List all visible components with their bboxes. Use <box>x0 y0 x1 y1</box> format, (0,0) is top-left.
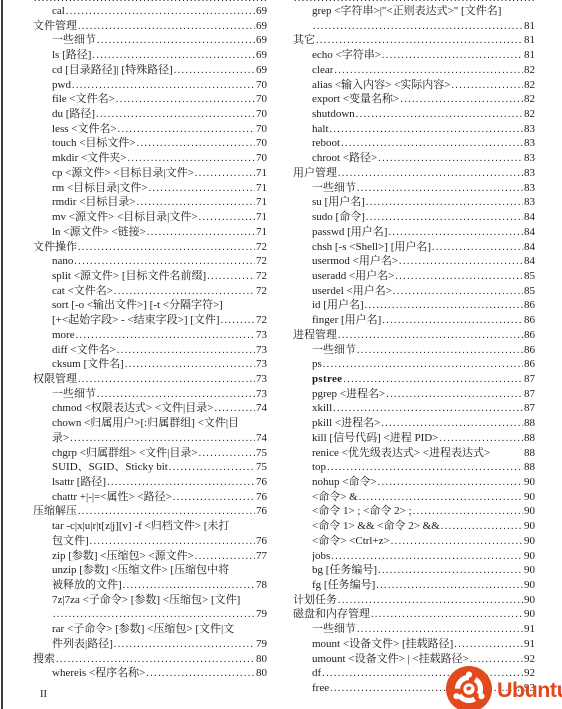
toc-entry-row: cksum [文件名]73 <box>33 357 267 372</box>
toc-entry-label: pkill <进程名> <box>312 416 380 431</box>
toc-entry-label: finger [用户名] <box>312 313 381 328</box>
toc-entry-row: su [用户名]83 <box>293 195 535 210</box>
toc-page-number: 90 <box>523 549 535 564</box>
toc-entry-label: pwd <box>52 78 71 93</box>
toc-page-number: 69 <box>255 19 267 34</box>
toc-entry-label: rar <子命令> [参数] <压缩包> [文件|文 <box>52 622 267 637</box>
toc-page-number: 84 <box>523 254 535 269</box>
toc-entry-row: <命令> <Ctrl+z>90 <box>293 534 535 549</box>
toc-entry-row: 一些细节73 <box>33 387 267 402</box>
toc-page-number: 88 <box>523 431 535 446</box>
toc-page-number: 90 <box>523 504 535 519</box>
toc-page-number: 84 <box>523 210 535 225</box>
toc-page-number: 88 <box>523 460 535 475</box>
toc-entry-row: <命令 1> && <命令 2> &&90 <box>293 519 535 534</box>
toc-entry-label: unzip [参数] <压缩文件> [压缩包中将 <box>52 563 267 578</box>
toc-section-row: 进程管理86 <box>293 328 535 343</box>
toc-entry-label: useradd <用户名> <box>312 269 394 284</box>
toc-entry-label: halt <box>312 122 329 137</box>
toc-page-number: 75 <box>255 460 267 475</box>
toc-entry-label: export <变量名称> <box>312 92 399 107</box>
toc-page-number: 70 <box>255 78 267 93</box>
toc-entry-row: zip [参数] <压缩包> <源文件>77 <box>33 549 267 564</box>
toc-page-number: 79 <box>255 637 267 652</box>
toc-entry-row: renice <优先级表达式> <进程表达式>88 <box>293 446 535 461</box>
dot-leader <box>412 504 523 520</box>
toc-entry-row: less <文件名>70 <box>33 122 267 137</box>
toc-page-number: 73 <box>255 372 267 387</box>
toc-page-number: 74 <box>255 401 267 416</box>
toc-entry-row: chown <归属用户>[:归属群组] <文件|目 <box>33 416 267 431</box>
toc-page-number: 75 <box>255 446 267 461</box>
toc-page-number: 90 <box>523 534 535 549</box>
toc-entry-label: split <源文件> [目标文件名前缀] <box>52 269 206 284</box>
dot-leader <box>168 460 255 476</box>
toc-entry-label: whereis <程序名称> <box>52 666 145 681</box>
toc-entry-row: chsh [-s <Shell>] [用户名]84 <box>293 240 535 255</box>
toc-entry-label: fg [任务编号] <box>312 578 375 593</box>
toc-page-number: 82 <box>523 78 535 93</box>
dot-leader <box>342 372 523 388</box>
dot-leader <box>398 254 523 270</box>
toc-entry-label: chgrp <归属群组> <文件|目录> <box>52 446 198 461</box>
dot-leader <box>198 210 255 226</box>
toc-page-number: 90 <box>523 607 535 622</box>
toc-section-label: 计划任务 <box>293 593 337 608</box>
toc-entry-row: 一些细节86 <box>293 343 535 358</box>
toc-page: cal69文件管理69一些细节69ls [路径]69cd [目录路径]| [特殊… <box>0 0 562 709</box>
toc-entry-row: echo <字符串>81 <box>293 48 535 63</box>
dot-leader <box>206 269 255 285</box>
toc-entry-label: cal <box>52 4 65 19</box>
toc-entry-label: 一些细节 <box>52 387 96 402</box>
toc-entry-label: rmdir <目标目录> <box>52 195 136 210</box>
toc-entry-label: 7z|7za <子命令> [参数] <压缩包> [文件] <box>52 593 267 608</box>
toc-page-number: 74 <box>255 431 267 446</box>
toc-entry-row: 一些细节91 <box>293 622 535 637</box>
toc-entry-label: 一些细节 <box>312 181 356 196</box>
toc-entry-label: 一些细节 <box>312 343 356 358</box>
dot-leader <box>91 48 255 64</box>
toc-column-right: grep <字符串>|"<正则表达式>" [文件名]81其它81echo <字符… <box>293 0 535 696</box>
toc-entry-row: alias <输入内容> <实际内容>82 <box>293 78 535 93</box>
toc-entry-row: rmdir <目标目录>71 <box>33 195 267 210</box>
toc-entry-row: pstree87 <box>293 372 535 387</box>
dot-leader <box>145 666 255 682</box>
toc-entry-row: touch <目标文件>70 <box>33 136 267 151</box>
dot-leader <box>469 652 523 668</box>
toc-page-number: 86 <box>523 328 535 343</box>
toc-entry-label: zip [参数] <压缩包> <源文件> <box>52 549 194 564</box>
toc-entry-label: 录> <box>52 431 69 446</box>
toc-entry-row: 录>74 <box>33 431 267 446</box>
dot-leader <box>453 637 523 653</box>
toc-entry-row: 81 <box>293 19 535 34</box>
dot-leader <box>381 313 523 329</box>
dot-leader <box>450 78 523 94</box>
toc-entry-label: nano <box>52 254 73 269</box>
toc-page-number: 76 <box>255 504 267 519</box>
toc-page-number: 71 <box>255 210 267 225</box>
dot-leader <box>77 240 255 256</box>
toc-entry-row: pwd70 <box>33 78 267 93</box>
toc-entry-row: 件列表|路径]79 <box>33 637 267 652</box>
toc-page-number: 83 <box>523 166 535 181</box>
toc-entry-row: kill [信号代码] <进程 PID>88 <box>293 431 535 446</box>
toc-entry-label: chsh [-s <Shell>] [用户名] <box>312 240 431 255</box>
toc-section-label: 搜索 <box>33 652 55 667</box>
dot-leader <box>198 446 255 462</box>
toc-entry-label: jobs <box>312 549 330 564</box>
dot-leader <box>312 19 523 35</box>
toc-entry-row: unzip [参数] <压缩文件> [压缩包中将 <box>33 563 267 578</box>
toc-entry-label: free <box>312 681 329 696</box>
dot-leader <box>356 622 523 638</box>
toc-entry-label: umount <设备文件> | <挂载路径> <box>312 652 469 667</box>
toc-page-number: 73 <box>255 343 267 358</box>
toc-section-row: 压缩解压76 <box>33 504 267 519</box>
toc-page-number: 86 <box>523 298 535 313</box>
dot-leader <box>390 534 523 550</box>
dot-leader <box>96 387 255 403</box>
toc-entry-row: id [用户名]86 <box>293 298 535 313</box>
ubuntukylin-emblem-icon <box>446 666 492 709</box>
toc-entry-row: file <文件名>70 <box>33 92 267 107</box>
dot-leader <box>387 225 523 241</box>
dot-leader <box>113 637 255 653</box>
dot-leader <box>337 328 523 344</box>
dot-leader <box>326 460 523 476</box>
toc-page-number: 90 <box>523 578 535 593</box>
toc-entry-label: su [用户名] <box>312 195 365 210</box>
toc-page-number: 70 <box>255 136 267 151</box>
toc-page-number: 83 <box>523 181 535 196</box>
toc-entry-label: alias <输入内容> <实际内容> <box>312 78 450 93</box>
toc-entry-row: userdel <用户名>85 <box>293 284 535 299</box>
ubuntukylin-wordmark: UbuntuKylin <box>497 678 562 703</box>
dot-leader <box>115 92 255 108</box>
toc-entry-label: ls [路径] <box>52 48 91 63</box>
toc-entry-row: sort [-o <输出文件>] [-t <分隔字符>] <box>33 298 267 313</box>
toc-entry-label: echo <字符串> <box>312 48 381 63</box>
toc-entry-label: sort [-o <输出文件>] [-t <分隔字符>] <box>52 298 267 313</box>
dot-leader <box>52 607 255 623</box>
dot-leader <box>394 269 523 285</box>
dot-leader <box>365 195 523 211</box>
dot-leader <box>370 607 523 623</box>
toc-section-row: 计划任务90 <box>293 593 535 608</box>
dot-leader <box>194 549 255 565</box>
dot-leader <box>113 284 255 300</box>
toc-entry-label: du [路径] <box>52 107 95 122</box>
dot-leader <box>377 475 523 491</box>
toc-page-number: 83 <box>523 151 535 166</box>
toc-entry-label: nohup <命令> <box>312 475 377 490</box>
dot-leader <box>337 593 523 609</box>
toc-entry-row: fg [任务编号]90 <box>293 578 535 593</box>
toc-entry-label: cksum [文件名] <box>52 357 124 372</box>
dot-leader <box>126 151 255 167</box>
toc-page-number: 71 <box>255 181 267 196</box>
toc-entry-label: <命令> <Ctrl+z> <box>312 534 390 549</box>
dot-leader <box>329 122 524 138</box>
toc-entry-label: cd [目录路径]| [特殊路径] <box>52 63 173 78</box>
toc-page-number: 83 <box>523 136 535 151</box>
toc-entry-row: chgrp <归属群组> <文件|目录>75 <box>33 446 267 461</box>
dot-leader <box>340 136 523 152</box>
toc-entry-row: [+<起始字段> - <结束字段>] [文件]72 <box>33 313 267 328</box>
dot-leader <box>356 343 523 359</box>
dot-leader <box>431 240 523 256</box>
toc-entry-row: diff <文件名>73 <box>33 343 267 358</box>
toc-page-number: 76 <box>255 490 267 505</box>
toc-section-row: 文件管理69 <box>33 19 267 34</box>
toc-entry-row: chmod <权限表达式> <文件|目录>74 <box>33 401 267 416</box>
toc-page-number: 76 <box>255 475 267 490</box>
dot-leader <box>55 652 255 668</box>
toc-page-number: 90 <box>523 475 535 490</box>
toc-page-number: 73 <box>255 357 267 372</box>
toc-entry-row: usermod <用户名>84 <box>293 254 535 269</box>
toc-entry-row: nano72 <box>33 254 267 269</box>
toc-entry-row: export <变量名称>82 <box>293 92 535 107</box>
toc-page-number: 70 <box>255 107 267 122</box>
toc-section-label: 磁盘和内存管理 <box>293 607 370 622</box>
ubuntukylin-logo: UbuntuKylin <box>446 666 562 709</box>
toc-page-number: 82 <box>523 63 535 78</box>
toc-entry-label: chroot <路径> <box>312 151 377 166</box>
toc-entry-row: <命令 1> ; <命令 2> ;90 <box>293 504 535 519</box>
toc-page-number: 92 <box>523 652 535 667</box>
toc-page-number: 83 <box>523 195 535 210</box>
toc-entry-label: cp <源文件> <目标目录|文件> <box>52 166 194 181</box>
dot-leader <box>330 549 523 565</box>
toc-entry-label: reboot <box>312 136 340 151</box>
toc-page-number: 86 <box>523 357 535 372</box>
toc-section-row: 其它81 <box>293 33 535 48</box>
toc-entry-row: cal69 <box>33 4 267 19</box>
toc-entry-row: sudo [命令]84 <box>293 210 535 225</box>
toc-entry-label: renice <优先级表达式> <进程表达式> <box>312 446 490 461</box>
toc-entry-label: ps <box>312 357 322 372</box>
dot-leader <box>89 534 255 550</box>
toc-entry-row: cp <源文件> <目标目录|文件>71 <box>33 166 267 181</box>
toc-page-number: 76 <box>255 534 267 549</box>
dot-leader <box>355 107 523 123</box>
dot-leader <box>220 313 255 329</box>
toc-section-row: 用户管理83 <box>293 166 535 181</box>
toc-entry-label: id [用户名] <box>312 298 364 313</box>
toc-entry-label: passwd [用户名] <box>312 225 387 240</box>
toc-page-number: 72 <box>255 284 267 299</box>
dot-leader <box>364 298 523 314</box>
toc-page-number: 90 <box>523 593 535 608</box>
dot-leader <box>440 519 523 535</box>
toc-page-number: 84 <box>523 225 535 240</box>
toc-entry-label: [+<起始字段> - <结束字段>] [文件] <box>52 313 220 328</box>
toc-entry-label: userdel <用户名> <box>312 284 392 299</box>
toc-page-number: 85 <box>523 284 535 299</box>
dot-leader <box>365 210 523 226</box>
toc-entry-label: more <box>52 328 75 343</box>
toc-entry-label: df <box>312 666 321 681</box>
dot-leader <box>117 122 255 138</box>
toc-page-number: 90 <box>523 490 535 505</box>
toc-page-number: 82 <box>523 92 535 107</box>
dot-leader <box>333 63 523 79</box>
toc-entry-row: chattr +|-|=<属性> <路径>76 <box>33 490 267 505</box>
toc-entry-label: cat <文件名> <box>52 284 113 299</box>
toc-section-row: 搜索80 <box>33 652 267 667</box>
toc-entry-label: 被释放的文件] <box>52 578 122 593</box>
toc-section-label: 文件管理 <box>33 19 77 34</box>
toc-entry-label: 一些细节 <box>52 33 96 48</box>
toc-page-number: 87 <box>523 387 535 402</box>
toc-entry-label: bg [任务编号] <box>312 563 377 578</box>
toc-entry-label: rm <目标目录|文件> <box>52 181 148 196</box>
dot-leader <box>356 181 523 197</box>
toc-entry-label: 一些细节 <box>312 622 356 637</box>
dot-leader <box>116 343 255 359</box>
dot-leader <box>399 92 523 108</box>
dot-leader <box>77 372 255 388</box>
toc-entry-row: whereis <程序名称>80 <box>33 666 267 681</box>
dot-leader <box>377 151 523 167</box>
toc-entry-label: file <文件名> <box>52 92 115 107</box>
toc-entry-label: 包文件] <box>52 534 89 549</box>
dot-leader <box>385 387 523 403</box>
toc-page-number: 88 <box>523 416 535 431</box>
toc-entry-label: xkill <box>312 401 332 416</box>
toc-entry-label: touch <目标文件> <box>52 136 136 151</box>
toc-entry-row: reboot83 <box>293 136 535 151</box>
toc-entry-row: bg [任务编号]90 <box>293 563 535 578</box>
toc-entry-row: 包文件]76 <box>33 534 267 549</box>
toc-entry-row: pgrep <进程名>87 <box>293 387 535 402</box>
toc-entry-label: <命令 1> ; <命令 2> ; <box>312 504 412 519</box>
toc-entry-label: less <文件名> <box>52 122 117 137</box>
dot-leader <box>148 181 255 197</box>
toc-page-number: 90 <box>523 563 535 578</box>
toc-entry-row: chroot <路径>83 <box>293 151 535 166</box>
toc-page-number: 70 <box>255 151 267 166</box>
dot-leader <box>65 4 255 20</box>
toc-entry-row: jobs90 <box>293 549 535 564</box>
toc-entry-label: kill [信号代码] <进程 PID> <box>312 431 438 446</box>
toc-entry-row: 一些细节69 <box>33 33 267 48</box>
dot-leader <box>438 431 523 447</box>
toc-section-row: 权限管理73 <box>33 372 267 387</box>
dot-leader <box>69 431 255 447</box>
toc-entry-row: 一些细节83 <box>293 181 535 196</box>
dot-leader <box>322 357 523 373</box>
toc-entry-row: finger [用户名]86 <box>293 313 535 328</box>
page-folio: II <box>40 689 47 700</box>
toc-page-number: 73 <box>255 387 267 402</box>
toc-entry-row: du [路径]70 <box>33 107 267 122</box>
toc-entry-row: split <源文件> [目标文件名前缀]72 <box>33 269 267 284</box>
toc-page-number: 71 <box>255 195 267 210</box>
toc-entry-row: mkdir <文件夹>70 <box>33 151 267 166</box>
toc-entry-label: SUID、SGID、Sticky bit <box>52 460 168 475</box>
dot-leader <box>106 475 255 491</box>
toc-section-label: 压缩解压 <box>33 504 77 519</box>
toc-entry-row: clear82 <box>293 63 535 78</box>
dot-leader <box>332 401 523 417</box>
dot-leader <box>375 578 523 594</box>
toc-entry-row: 被释放的文件]78 <box>33 578 267 593</box>
dot-leader <box>213 401 255 417</box>
dot-leader <box>315 33 523 49</box>
dot-leader <box>358 490 523 506</box>
toc-page-number: 70 <box>255 122 267 137</box>
dot-leader <box>71 78 255 94</box>
dot-leader <box>124 357 255 373</box>
toc-entry-row: mount <设备文件> [挂载路径]91 <box>293 637 535 652</box>
toc-section-label: 进程管理 <box>293 328 337 343</box>
toc-page-number: 81 <box>523 48 535 63</box>
toc-page-number: 83 <box>523 122 535 137</box>
toc-entry-label: ln <源文件> <链接> <box>52 225 146 240</box>
toc-entry-row: cd [目录路径]| [特殊路径]69 <box>33 63 267 78</box>
toc-page-number: 91 <box>523 637 535 652</box>
toc-entry-row: ln <源文件> <链接>71 <box>33 225 267 240</box>
dot-leader <box>337 166 523 182</box>
dot-leader <box>380 416 523 432</box>
toc-entry-row: lsattr [路径]76 <box>33 475 267 490</box>
toc-section-label: 其它 <box>293 33 315 48</box>
dot-leader <box>377 563 523 579</box>
toc-page-number: 80 <box>255 666 267 681</box>
toc-entry-label: top <box>312 460 326 475</box>
toc-page-number: 88 <box>523 446 535 461</box>
toc-page-number: 91 <box>523 622 535 637</box>
toc-page-number: 69 <box>255 4 267 19</box>
dot-leader <box>75 328 255 344</box>
toc-page-number: 72 <box>255 313 267 328</box>
dot-leader <box>381 48 523 64</box>
dot-leader <box>77 19 255 35</box>
dot-leader <box>173 63 255 79</box>
toc-entry-label: usermod <用户名> <box>312 254 398 269</box>
dot-leader <box>172 490 255 506</box>
toc-section-label: 文件操作 <box>33 240 77 255</box>
toc-entry-label: chmod <权限表达式> <文件|目录> <box>52 401 213 416</box>
toc-entry-label: lsattr [路径] <box>52 475 106 490</box>
toc-page-number: 78 <box>255 578 267 593</box>
toc-entry-label: mkdir <文件夹> <box>52 151 126 166</box>
toc-page-number: 72 <box>255 269 267 284</box>
dot-leader <box>194 166 255 182</box>
dot-leader <box>95 107 255 123</box>
toc-page-number: 82 <box>523 107 535 122</box>
dot-leader <box>136 195 255 211</box>
toc-entry-row: 79 <box>33 607 267 622</box>
toc-entry-row: SUID、SGID、Sticky bit75 <box>33 460 267 475</box>
toc-page-number: 87 <box>523 401 535 416</box>
toc-page-number: 71 <box>255 225 267 240</box>
toc-entry-label: mv <源文件> <目标目录|文件> <box>52 210 198 225</box>
toc-entry-row: grep <字符串>|"<正则表达式>" [文件名] <box>293 4 535 19</box>
toc-entry-label: pstree <box>312 372 342 387</box>
toc-column-left: cal69文件管理69一些细节69ls [路径]69cd [目录路径]| [特殊… <box>33 0 267 681</box>
toc-entry-row: shutdown82 <box>293 107 535 122</box>
toc-entry-row: halt83 <box>293 122 535 137</box>
toc-entry-row: passwd [用户名]84 <box>293 225 535 240</box>
toc-page-number: 70 <box>255 92 267 107</box>
toc-entry-row: useradd <用户名>85 <box>293 269 535 284</box>
dot-leader <box>136 136 255 152</box>
